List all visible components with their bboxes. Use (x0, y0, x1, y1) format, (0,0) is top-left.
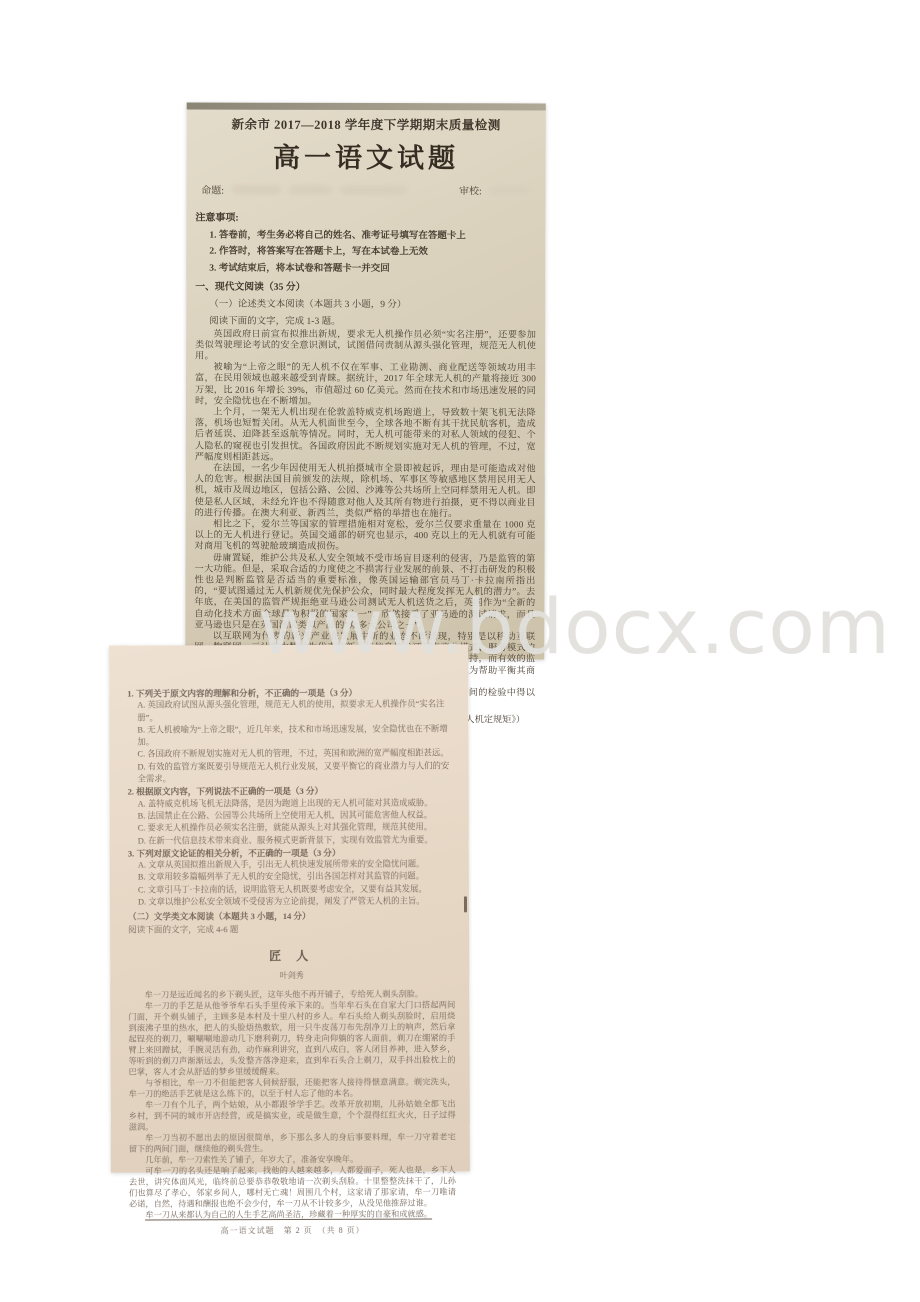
story-paragraph: 可牟一刀的名头还是响了起来，找他的人越来越多，人都爱面子，死人也是，乡下人去世，… (129, 1165, 456, 1210)
notice-item: 2. 作答时，将答案写在答题卡上，写在本试卷上无效 (209, 243, 536, 258)
section-1-subheading: （一）论述类文本阅读（本题共 3 小题，9 分） (209, 295, 536, 310)
question-3-option-d: D. 文章以维护公私安全领域不受侵害为立论前提，阐发了严管无人机的主旨。 (138, 895, 455, 908)
redacted-setter-name-2 (288, 184, 332, 194)
question-2-option-b: B. 法国禁止在公路、公园等公共场所上空使用无人机，因其可能危害他人权益。 (138, 809, 455, 822)
story-paragraph: 与爷相比，牟一刀不但能把客人伺候舒服，还能把客人接待得惬意满意。剃完洗头，牟一刀… (129, 1077, 456, 1100)
question-3-stem: 3. 下列对原文论证的相关分析，不正确的一项是（3 分） (128, 846, 455, 859)
redacted-setter-name-3 (339, 184, 407, 194)
essay-paragraph: 英国政府日前宣布拟推出新规，要求无人机操作员必须“实名注册”，还要参加类似驾驶理… (195, 328, 536, 363)
section-2-heading: （二）文学类文本阅读（本题共 3 小题，14 分） (128, 910, 455, 923)
story-body: 牟一刀是远近闻名的乡下剃头匠，这年头他不再开铺子，专给死人剃头刮脸。 牟一刀的手… (128, 989, 456, 1221)
page-2-footer: 高一语文试题 第 2 页 （共 8 页） (129, 1225, 456, 1237)
notice-item: 1. 答卷前，考生务必将自己的姓名、准考证号填写在答题卡上 (209, 226, 536, 241)
underlined-sentence-text: 牟一刀从来都认为自己的人生手艺高尚圣洁，珍藏着一种厚实的自豪和成就感。 (145, 1210, 432, 1221)
question-1-option-c: C. 各国政府不断规划实施对无人机的管理，不过，英国和欧洲的宽严幅度相距甚远。 (137, 748, 454, 761)
reading-instruction: 阅读下面的文字，完成 1-3 题。 (209, 312, 536, 327)
essay-paragraph: 毋庸置疑，维护公共及私人安全领域不受市场盲目逐利的侵害，乃是监管的第一大功能。但… (194, 552, 535, 631)
setter-label: 命题: (201, 182, 224, 197)
story-author: 叶剑秀 (128, 970, 455, 982)
reading-instruction-2: 阅读下面的文字，完成 4-6 题 (128, 923, 455, 936)
scanned-document-canvas: 新余市 2017—2018 学年度下学期期末质量检测 高一语文试题 命题: 审校… (0, 0, 920, 1302)
exam-scan-page-2: 1. 下列关于原文内容的理解和分析，不正确的一项是（3 分） A. 英国政府试图… (109, 644, 470, 1172)
byline-row: 命题: 审校: (195, 182, 536, 198)
exam-title: 高一语文试题 (196, 136, 537, 176)
notice-heading: 注意事项: (195, 209, 536, 225)
underlined-closing-sentence: 牟一刀从来都认为自己的人生手艺高尚圣洁，珍藏着一种厚实的自豪和成就感。 (129, 1209, 456, 1221)
question-2-stem: 2. 根据原文内容，下列说法不正确的一项是（3 分） (128, 785, 455, 798)
question-2-option-d: D. 在新一代信息技术带来商业、服务模式更新背景下，实现有效监管尤为重要。 (138, 834, 455, 847)
reviewer-label: 审校: (459, 182, 482, 197)
question-2-option-c: C. 要求无人机操作员必须实名注册，就能从源头上对其强化管理，规范其使用。 (138, 822, 455, 835)
question-1-option-a: A. 英国政府试图从源头强化管理，规范无人机的使用，拟要求无人机操作员“实名注册… (137, 699, 454, 725)
question-3-option-b: B. 文章用较多篇幅列举了无人机的安全隐忧，引出各国怎样对其监管的问题。 (138, 871, 455, 884)
essay-paragraph: 相比之下，爱尔兰等国家的管理措施相对宽松，爱尔兰仅要求重量在 1000 克以上的… (195, 519, 536, 554)
story-title: 匠 人 (128, 947, 455, 965)
exam-header: 新余市 2017—2018 学年度下学期期末质量检测 (196, 115, 537, 134)
redacted-reviewer-name (489, 185, 531, 195)
essay-paragraph: 被喻为“上帝之眼”的无人机不仅在军事、工业勘测、商业配送等领域功用丰富，在民用领… (195, 362, 536, 408)
exam-scan-page-1: 新余市 2017—2018 学年度下学期期末质量检测 高一语文试题 命题: 审校… (185, 103, 545, 660)
essay-paragraph: 在法国，一名少年因使用无人机拍摄城市全景即被起诉，理由是可能造成对他人的危害。根… (195, 462, 536, 519)
story-paragraph: 牟一刀的手艺是从他爷爷牟石头手里传承下来的。当年牟石头在自家大门口搭起两间门面，… (128, 1000, 455, 1078)
story-paragraph: 牟一刀有个儿子，两个姑娘，从小都跟爷学手艺。改革开放初期，儿孙姑娘全都飞出乡村，… (129, 1099, 456, 1133)
story-paragraph: 牟一刀当初不愿出去的原因很简单，乡下那么多人的身后事要料理，牟一刀守着老宅留下的… (129, 1132, 456, 1155)
question-2-option-a: A. 盖特威克机场飞机无法降落，是因为跑道上出现的无人机可能对其造成威胁。 (138, 797, 455, 810)
redacted-setter-name-1 (231, 184, 281, 194)
section-1-heading: 一、现代文阅读（35 分） (195, 278, 536, 293)
question-1-option-d: D. 有效的监管方案既要引导规范无人机行业发展，又要平衡它的商业潜力与人们的安全… (137, 760, 454, 786)
question-3-option-c: C. 文章引马丁·卡拉南的话，说明监管无人机既要考虑安全，又要有益其发展。 (138, 883, 455, 896)
question-3-option-a: A. 文章从英国拟推出新规入手，引出无人机快速发展所带来的安全隐忧问题。 (138, 859, 455, 872)
notice-item: 3. 考试结束后，将本试卷和答题卡一并交回 (209, 259, 536, 274)
question-1-option-b: B. 无人机被喻为“上帝之眼”，近几年来，技术和市场迅速发展，安全隐忧也在不断增… (137, 723, 454, 749)
essay-paragraph: 上个月，一架无人机出现在伦敦盖特威克机场跑道上，导致数十架飞机无法降落，机场也短… (195, 406, 536, 463)
question-1-stem: 1. 下列关于原文内容的理解和分析，不正确的一项是（3 分） (127, 686, 454, 699)
